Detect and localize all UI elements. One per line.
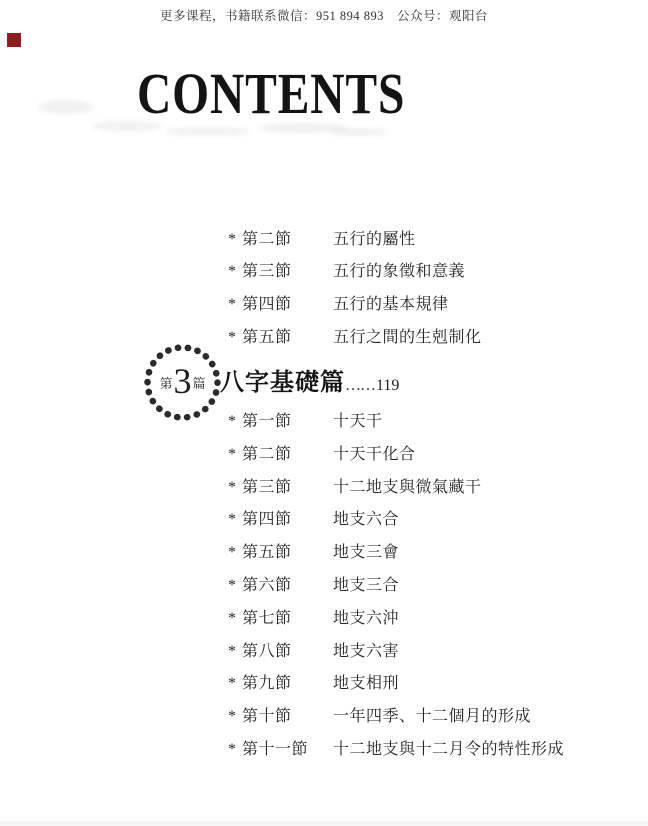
chapter-title: 八字基礎篇 bbox=[220, 369, 345, 397]
section-label: 第五節 bbox=[242, 542, 333, 564]
toc-item: * 第七節 地支六沖 bbox=[228, 608, 399, 630]
section-label: 第七節 bbox=[242, 608, 333, 630]
page-bottom-edge bbox=[0, 821, 648, 826]
section-label: 第四節 bbox=[242, 294, 333, 316]
bullet-asterisk: * bbox=[228, 706, 242, 728]
bullet-asterisk: * bbox=[228, 509, 242, 531]
toc-item: * 第一節 十天干 bbox=[228, 411, 383, 433]
bullet-asterisk: * bbox=[228, 294, 242, 316]
bullet-asterisk: * bbox=[228, 575, 242, 597]
chapter-badge-number: 3 bbox=[174, 363, 192, 399]
section-label: 第十節 bbox=[242, 706, 333, 728]
section-label: 第一節 bbox=[242, 411, 333, 433]
watermark-smudge bbox=[92, 121, 162, 131]
chapter-heading: 八字基礎篇 …… 119 bbox=[220, 369, 399, 397]
section-title: 地支六合 bbox=[333, 509, 399, 531]
toc-item: * 第九節 地支相刑 bbox=[228, 673, 399, 695]
bullet-asterisk: * bbox=[228, 229, 242, 251]
bullet-asterisk: * bbox=[228, 444, 242, 466]
section-label: 第六節 bbox=[242, 575, 333, 597]
section-label: 第八節 bbox=[242, 641, 333, 663]
toc-item: * 第二節 十天干化合 bbox=[228, 444, 416, 466]
red-square-mark bbox=[7, 33, 21, 47]
bullet-asterisk: * bbox=[228, 411, 242, 433]
bullet-asterisk: * bbox=[228, 641, 242, 663]
bullet-asterisk: * bbox=[228, 608, 242, 630]
bullet-asterisk: * bbox=[228, 542, 242, 564]
chapter-badge-text: 第 3 篇 bbox=[143, 343, 222, 422]
leader-dots: …… bbox=[345, 377, 375, 395]
bullet-asterisk: * bbox=[228, 477, 242, 499]
page-title: CONTENTS bbox=[137, 64, 405, 124]
section-title: 地支三合 bbox=[333, 575, 399, 597]
section-title: 地支六害 bbox=[333, 641, 399, 663]
section-title: 五行的基本規律 bbox=[333, 294, 449, 316]
section-title: 五行的屬性 bbox=[333, 229, 416, 251]
bullet-asterisk: * bbox=[228, 327, 242, 349]
section-label: 第四節 bbox=[242, 509, 333, 531]
toc-item: * 第四節 地支六合 bbox=[228, 509, 399, 531]
section-label: 第九節 bbox=[242, 673, 333, 695]
chapter-badge-prefix: 第 bbox=[159, 373, 172, 392]
toc-item: * 第三節 十二地支與微氣藏干 bbox=[228, 477, 482, 499]
section-label: 第三節 bbox=[242, 261, 333, 283]
watermark-smudge bbox=[38, 100, 93, 114]
section-label: 第五節 bbox=[242, 327, 333, 349]
section-title: 十天干 bbox=[333, 411, 383, 433]
toc-item: * 第二節 五行的屬性 bbox=[228, 229, 416, 251]
toc-page: 更多课程，书籍联系微信：951 894 893 公众号：观阳台 CONTENTS… bbox=[0, 0, 648, 826]
section-title: 五行的象徵和意義 bbox=[333, 261, 465, 283]
chapter-badge: 第 3 篇 bbox=[143, 343, 222, 422]
section-title: 十二地支與十二月令的特性形成 bbox=[333, 739, 564, 761]
section-label: 第二節 bbox=[242, 229, 333, 251]
section-title: 十天干化合 bbox=[333, 444, 416, 466]
section-title: 地支相刑 bbox=[333, 673, 399, 695]
toc-item: * 第六節 地支三合 bbox=[228, 575, 399, 597]
toc-item: * 第八節 地支六害 bbox=[228, 641, 399, 663]
toc-item: * 第十節 一年四季、十二個月的形成 bbox=[228, 706, 531, 728]
chapter-page-number: 119 bbox=[375, 377, 399, 395]
section-label: 第十一節 bbox=[242, 739, 333, 761]
section-title: 五行之間的生剋制化 bbox=[333, 327, 482, 349]
watermark-smudge bbox=[330, 128, 388, 136]
header-promo-text: 更多课程，书籍联系微信：951 894 893 公众号：观阳台 bbox=[0, 6, 648, 24]
section-label: 第三節 bbox=[242, 477, 333, 499]
toc-item: * 第五節 地支三會 bbox=[228, 542, 399, 564]
bullet-asterisk: * bbox=[228, 261, 242, 283]
toc-item: * 第五節 五行之間的生剋制化 bbox=[228, 327, 482, 349]
toc-item: * 第四節 五行的基本規律 bbox=[228, 294, 449, 316]
chapter-badge-suffix: 篇 bbox=[193, 373, 206, 392]
bullet-asterisk: * bbox=[228, 739, 242, 761]
section-label: 第二節 bbox=[242, 444, 333, 466]
section-title: 地支六沖 bbox=[333, 608, 399, 630]
bullet-asterisk: * bbox=[228, 673, 242, 695]
section-title: 十二地支與微氣藏干 bbox=[333, 477, 482, 499]
toc-item: * 第十一節 十二地支與十二月令的特性形成 bbox=[228, 739, 564, 761]
section-title: 地支三會 bbox=[333, 542, 399, 564]
section-title: 一年四季、十二個月的形成 bbox=[333, 706, 531, 728]
toc-item: * 第三節 五行的象徵和意義 bbox=[228, 261, 465, 283]
watermark-smudge bbox=[165, 127, 250, 136]
